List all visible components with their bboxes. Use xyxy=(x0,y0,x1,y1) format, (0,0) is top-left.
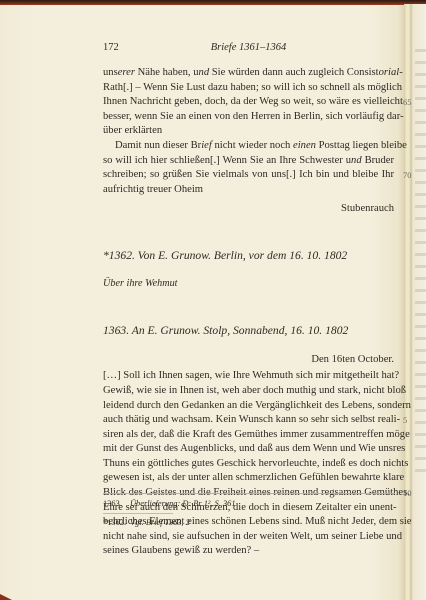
text-line: leidend durch den Gedanken an die Vergän… xyxy=(103,399,394,414)
footnote-number: 1363. xyxy=(103,498,130,510)
text-line: über erklärten xyxy=(103,124,394,139)
text-line: nicht nahe sind, sie aufsuchen in der we… xyxy=(103,530,394,545)
footnotes: 1363. Überlieferung: D: Br 1², S. 361 *1… xyxy=(103,493,395,529)
footnote-separator xyxy=(103,513,173,514)
letter-1363-body: […] Soll ich Ihnen sagen, wie Ihre Wehmu… xyxy=(103,369,394,559)
text-line: Ihnen Nachricht geben, doch, da der Weg … xyxy=(103,95,394,110)
page-header: 172 Briefe 1361–1364 xyxy=(103,41,394,55)
text-line: besser, wenn Sie an einen von den Herren… xyxy=(103,110,394,125)
book-cover-corner xyxy=(0,594,12,600)
line-number: 10 xyxy=(403,486,412,501)
text-line: Thuns ein göttliches gutes Geschick herv… xyxy=(103,457,394,472)
footnote-number: *1362. xyxy=(103,517,130,529)
text-line: Rath[.] – Wenn Sie Lust dazu haben; so w… xyxy=(103,81,394,96)
line-number: 5 xyxy=(403,413,407,428)
line-number: 65 xyxy=(403,95,412,110)
running-head: Briefe 1361–1364 xyxy=(103,41,394,56)
footnote-text: Überlieferung: D: Br 1², S. 361 xyxy=(130,498,236,510)
signature: Stubenrauch xyxy=(103,202,394,217)
line-number: 70 xyxy=(403,168,412,183)
text-line: gewesen ist, als der unter allen schmerz… xyxy=(103,471,394,486)
footnote-1363: 1363. Überlieferung: D: Br 1², S. 361 xyxy=(103,498,395,510)
footnote-text: Vgl. Brief 1363, 2 xyxy=(130,517,190,529)
text-line: Damit nun dieser Brief nicht wieder noch… xyxy=(103,139,394,154)
text-line: aufrichtig treuer Oheim xyxy=(103,183,394,198)
text-line: siren als der, daß die Kraft des Gemüthe… xyxy=(103,428,394,443)
letter-1363-title: 1363. An E. Grunow. Stolp, Sonnabend, 16… xyxy=(103,324,394,339)
text-line: seines Glaubens gewiß zu werden? – xyxy=(103,544,394,559)
text-line: mit der Gunst des Augenblicks, und daß a… xyxy=(103,442,394,457)
letter-1361-paragraph-1: unserer Nähe haben, und Sie würden dann … xyxy=(103,66,394,139)
letter-1362-summary: Über ihre Wehmut xyxy=(103,277,394,292)
text-line: […] Soll ich Ihnen sagen, wie Ihre Wehmu… xyxy=(103,369,394,384)
text-line: unserer Nähe haben, und Sie würden dann … xyxy=(103,66,394,81)
letter-1361-paragraph-2: Damit nun dieser Brief nicht wieder noch… xyxy=(103,139,394,197)
page-content: 172 Briefe 1361–1364 unserer Nähe haben,… xyxy=(103,41,394,559)
text-line: auch thätig und wachsam. Kein Wunsch kan… xyxy=(103,413,394,428)
letter-1362-title: *1362. Von E. Grunow. Berlin, vor dem 16… xyxy=(103,249,394,264)
text-line: Gewiß, wie sie in Ihnen ist, weh aber do… xyxy=(103,384,394,399)
text-line: schreiben; so grüßen Sie vielmals von un… xyxy=(103,168,394,183)
facing-page-text-glimpse xyxy=(415,40,426,480)
letter-1363-dateline: Den 16ten October. xyxy=(103,353,394,368)
text-line: so will ich hier schließen[.] Wenn Sie a… xyxy=(103,154,394,169)
footnote-1362: *1362. Vgl. Brief 1363, 2 xyxy=(103,517,395,529)
